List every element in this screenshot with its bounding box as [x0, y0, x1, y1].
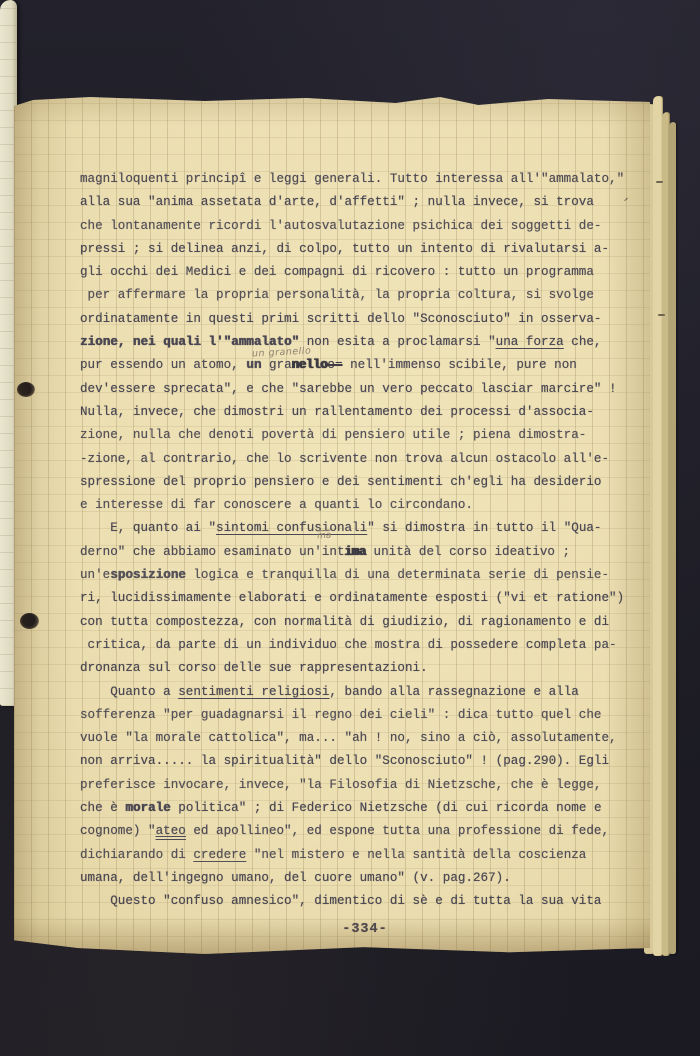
typed-segment: sposizione	[110, 568, 186, 582]
typed-segment: ima	[345, 545, 366, 559]
typed-segment: e interesse di far conoscere a quanti lo…	[80, 498, 473, 512]
typed-segment: logica e tranquilla di una determinata s…	[186, 568, 609, 582]
typed-segment: un'e	[80, 568, 110, 582]
typed-line: pressi ; si delinea anzi, di colpo, tutt…	[80, 238, 658, 261]
typed-line: alla sua "anima assetata d'arte, d'affet…	[80, 191, 658, 214]
typed-line: gli occhi dei Medici e dei compagni di r…	[80, 261, 658, 284]
typed-line: ordinatamente in questi primi scritti de…	[80, 308, 658, 331]
typed-line: e interesse di far conoscere a quanti lo…	[80, 494, 658, 517]
typed-line: ri, lucidissimamente elaborati e ordinat…	[80, 587, 658, 610]
typed-line: Quanto a sentimenti religiosi, bando all…	[80, 681, 658, 704]
typed-line: umana, dell'ingegno umano, del cuore uma…	[80, 867, 658, 890]
typed-line: vuole "la morale cattolica", ma... "ah !…	[80, 727, 658, 750]
typed-segment: Nulla, invece, che dimostri un rallentam…	[80, 405, 594, 419]
typed-line: non arriva..... la spiritualità" dello "…	[80, 750, 658, 773]
typed-segment: E, quanto ai "	[80, 521, 216, 535]
typed-segment: per affermare la propria personalità, la…	[80, 288, 594, 302]
typed-line: che è morale politica" ; di Federico Nie…	[80, 797, 658, 820]
typed-segment: Quanto a	[80, 685, 178, 699]
page-edge-strip	[669, 122, 676, 954]
typed-segment: magniloquenti principî e leggi generali.…	[80, 172, 624, 186]
typed-line: -zione, al contrario, che lo scrivente n…	[80, 448, 658, 471]
typed-segment: dev'essere sprecata", e che "sarebbe un …	[80, 382, 617, 396]
typed-line: per affermare la propria personalità, la…	[80, 284, 658, 307]
typed-segment: nell'immenso scibile, pure non	[343, 358, 577, 372]
typed-segment: alla sua "anima assetata d'arte, d'affet…	[80, 195, 594, 209]
typed-segment: con tutta compostezza, con normalità di …	[80, 615, 609, 629]
typed-segment: Questo "confuso amnesico", dimentico di …	[80, 894, 601, 908]
typed-line: cognome) "ateo ed apollineo", ed espone …	[80, 820, 658, 843]
typed-line: pur essendo un atomo, un granelloo= nell…	[80, 354, 658, 377]
typed-segment: non esita a proclamarsi "	[299, 335, 496, 349]
typed-line: Questo "confuso amnesico", dimentico di …	[80, 890, 658, 913]
binding-hole-bottom	[20, 613, 39, 629]
typed-segment: gli occhi dei Medici e dei compagni di r…	[80, 265, 594, 279]
page-number: -334-	[80, 922, 650, 937]
typed-segment: , bando alla rassegnazione e alla	[329, 685, 578, 699]
typed-segment: che,	[564, 335, 602, 349]
typed-segment: nello	[292, 358, 328, 372]
typed-segment: preferisce invocare, invece, "la Filosof…	[80, 778, 601, 792]
typed-line: derno" che abbiamo esaminato un'intima u…	[80, 541, 658, 564]
typed-segment: sofferenza "per guadagnarsi il regno dei…	[80, 708, 601, 722]
typed-segment: morale	[125, 801, 170, 815]
typed-segment: politica" ; di Federico Nietzsche (di cu…	[171, 801, 602, 815]
typed-segment: cognome) "	[80, 824, 156, 838]
typed-segment: credere	[193, 848, 246, 862]
typed-line: dronanza sul corso delle sue rappresenta…	[80, 657, 658, 680]
typed-segment: ri, lucidissimamente elaborati e ordinat…	[80, 591, 624, 605]
pencil-mark	[658, 314, 665, 316]
typed-segment: sintomi confusionali	[216, 521, 367, 535]
document-page: magniloquenti principî e leggi generali.…	[14, 96, 650, 954]
typed-segment: dichiarando di	[80, 848, 193, 862]
typed-line: dev'essere sprecata", e che "sarebbe un …	[80, 378, 658, 401]
typed-segment: vuole "la morale cattolica", ma... "ah !…	[80, 731, 617, 745]
typed-line: zione, nei quali l'"ammalato" non esita …	[80, 331, 658, 354]
typed-line: zione, nulla che denoti povertà di pensi…	[80, 424, 658, 447]
typed-segment: sentimenti religiosi	[178, 685, 329, 699]
typed-line: che lontanamente ricordi l'autosvalutazi…	[80, 215, 658, 238]
typed-segment: "nel mistero e nella santità della cosci…	[246, 848, 586, 862]
typed-segment: ed apollineo", ed espone tutta una profe…	[186, 824, 609, 838]
typed-segment: zione, nulla che denoti povertà di pensi…	[80, 428, 586, 442]
typed-segment: una forza	[496, 335, 564, 349]
typed-line: spressione del proprio pensiero e dei se…	[80, 471, 658, 494]
typed-segment: dronanza sul corso delle sue rappresenta…	[80, 661, 428, 675]
typed-line: dichiarando di credere "nel mistero e ne…	[80, 844, 658, 867]
typed-segment: un	[246, 358, 261, 372]
typed-line: preferisce invocare, invece, "la Filosof…	[80, 774, 658, 797]
typed-line: un'esposizione logica e tranquilla di un…	[80, 564, 658, 587]
typed-segment: o=	[327, 358, 342, 372]
typed-line: Nulla, invece, che dimostri un rallentam…	[80, 401, 658, 424]
typed-segment: non arriva..... la spiritualità" dello "…	[80, 754, 609, 768]
typed-segment: umana, dell'ingegno umano, del cuore uma…	[80, 871, 511, 885]
typed-segment: critica, da parte di un individuo che mo…	[80, 638, 617, 652]
typed-line: E, quanto ai "sintomi confusionali" si d…	[80, 517, 658, 540]
typed-segment: -zione, al contrario, che lo scrivente n…	[80, 452, 609, 466]
pencil-mark	[656, 181, 663, 183]
typed-line: con tutta compostezza, con normalità di …	[80, 611, 658, 634]
typed-segment: " si dimostra in tutto il "Qua-	[367, 521, 601, 535]
photo-background: magniloquenti principî e leggi generali.…	[0, 0, 700, 1056]
binding-hole-top	[17, 382, 35, 397]
typed-segment: spressione del proprio pensiero e dei se…	[80, 475, 601, 489]
typed-text: magniloquenti principî e leggi generali.…	[80, 168, 658, 914]
typed-line: sofferenza "per guadagnarsi il regno dei…	[80, 704, 658, 727]
typed-segment: derno" che abbiamo esaminato un'int	[80, 545, 345, 559]
typed-segment: pressi ; si delinea anzi, di colpo, tutt…	[80, 242, 609, 256]
typed-segment: ordinatamente in questi primi scritti de…	[80, 312, 601, 326]
typed-segment: ateo	[156, 824, 186, 838]
typed-segment: unità del corso ideativo ;	[366, 545, 570, 559]
typed-segment: che lontanamente ricordi l'autosvalutazi…	[80, 219, 601, 233]
typed-line: critica, da parte di un individuo che mo…	[80, 634, 658, 657]
typed-segment: che è	[80, 801, 125, 815]
handwritten-correction-ma: ma	[317, 530, 332, 542]
typed-segment: pur essendo un atomo,	[80, 358, 246, 372]
typed-segment: gra	[261, 358, 291, 372]
typed-line: magniloquenti principî e leggi generali.…	[80, 168, 658, 191]
